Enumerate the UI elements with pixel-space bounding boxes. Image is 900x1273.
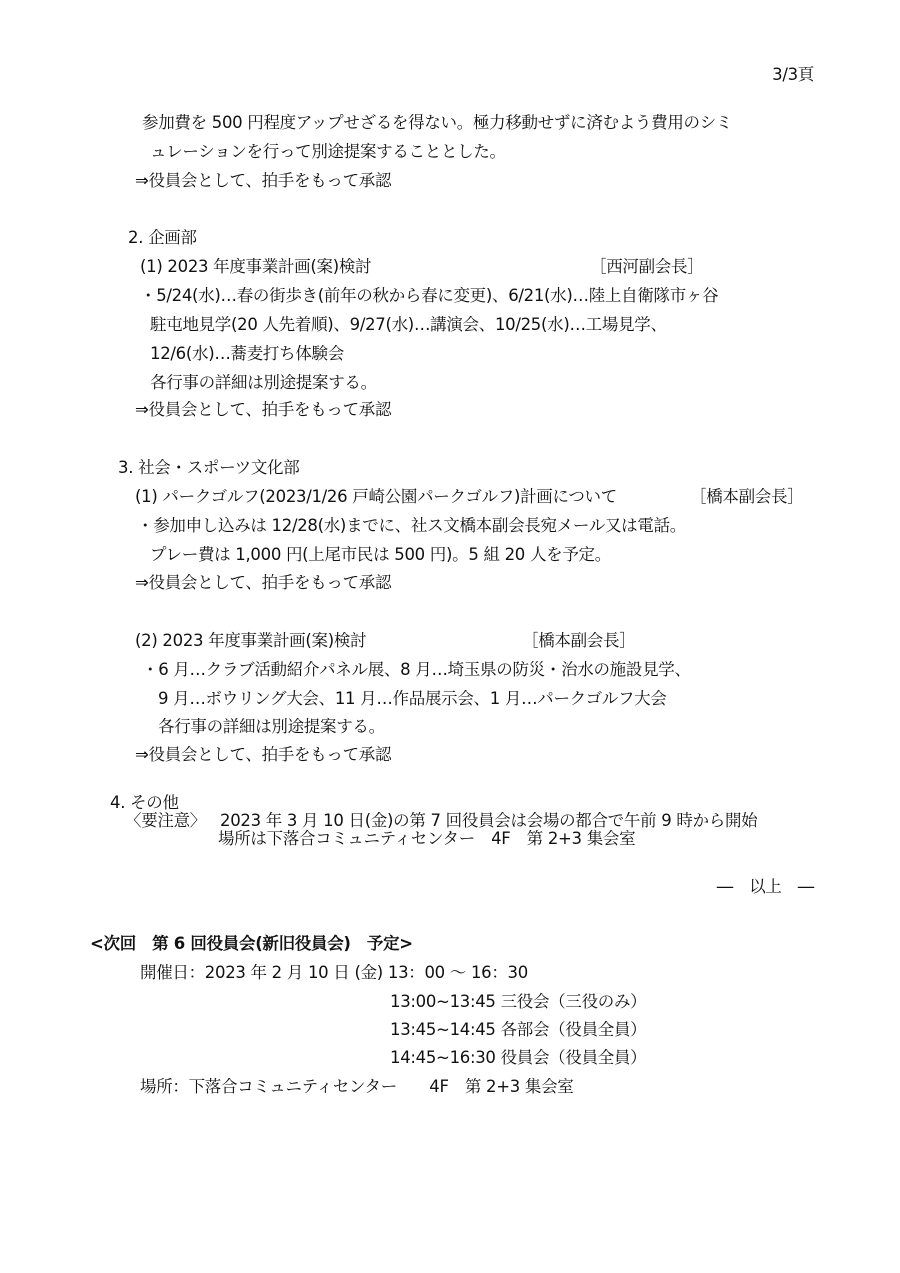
section2-heading: 2. 企画部 [128,227,197,249]
next-meeting-schedule-3: 14:45~16:30 役員会（役員全員） [390,1047,646,1069]
section2-item1-line-1: ・5/24(水)…春の街歩き(前年の秋から春に変更)、6/21(水)…陸上自衛隊… [140,285,718,307]
next-meeting-date: 開催日：2023 年 2 月 10 日 (金) 13：00 ～ 16：30 [140,962,528,984]
section3-item2-line-2: 9 月…ボウリング大会、11 月…作品展示会、1 月…パークゴルフ大会 [158,688,667,710]
section3-item2-presenter: ［橋本副会長］ [522,630,635,652]
intro-approval: ⇒役員会として、拍手をもって承認 [135,170,391,192]
section3-item2-title: (2) 2023 年度事業計画(案)検討 [135,630,366,652]
section4-notice-line-1: 2023 年 3 月 10 日(金)の第 7 回役員会は会場の都合で午前 9 時… [220,813,757,829]
section4-notice-label: 〈要注意〉 [125,813,206,829]
section4-heading: 4. その他 [110,795,179,811]
next-meeting-schedule-2: 13:45~14:45 各部会（役員全員） [390,1019,646,1041]
section4-notice-line-2: 場所は下落合コミュニティセンター 4F 第 2+3 集会室 [218,831,635,847]
intro-line-1: 参加費を 500 円程度アップせざるを得ない。極力移動せずに済むよう費用のシミ [142,112,732,134]
section3-item1-title: (1) パークゴルフ(2023/1/26 戸崎公園パークゴルフ)計画について [135,486,617,508]
next-meeting-schedule-1: 13:00~13:45 三役会（三役のみ） [390,991,646,1013]
section2-item1-title: (1) 2023 年度事業計画(案)検討 [140,256,371,278]
section2-item1-line-4: 各行事の詳細は別途提案する。 [150,372,377,394]
section3-item1-approval: ⇒役員会として、拍手をもって承認 [135,572,391,594]
section3-item2-line-1: ・6 月…クラブ活動紹介パネル展、8 月…埼玉県の防災・治水の施設見学、 [142,659,691,681]
next-meeting-title: <次回 第 6 回役員会(新旧役員会) 予定> [90,933,413,955]
section2-item1-approval: ⇒役員会として、拍手をもって承認 [135,399,391,421]
section3-heading: 3. 社会・スポーツ文化部 [118,457,299,479]
page-number: 3/3頁 [772,64,814,86]
intro-line-2: ュレーションを行って別途提案することとした。 [150,141,506,163]
section2-item1-line-2: 駐屯地見学(20 人先着順)、9/27(水)…講演会、10/25(水)…工場見学… [150,314,667,336]
section3-item1-presenter: ［橋本副会長］ [690,486,803,508]
section2-item1-presenter: ［西河副会長］ [590,256,703,278]
closing-mark: ― 以上 ― [717,876,814,898]
section3-item1-line-2: プレー費は 1,000 円(上尾市民は 500 円)。5 組 20 人を予定。 [150,544,611,566]
next-meeting-venue: 場所：下落合コミュニティセンター 4F 第 2+3 集会室 [140,1076,574,1098]
section3-item2-line-3: 各行事の詳細は別途提案する。 [158,716,385,738]
section3-item2-approval: ⇒役員会として、拍手をもって承認 [135,744,391,766]
section2-item1-line-3: 12/6(水)…蕎麦打ち体験会 [150,343,344,365]
section3-item1-line-1: ・参加申し込みは 12/28(水)までに、社ス文橋本副会長宛メール又は電話。 [137,515,686,537]
